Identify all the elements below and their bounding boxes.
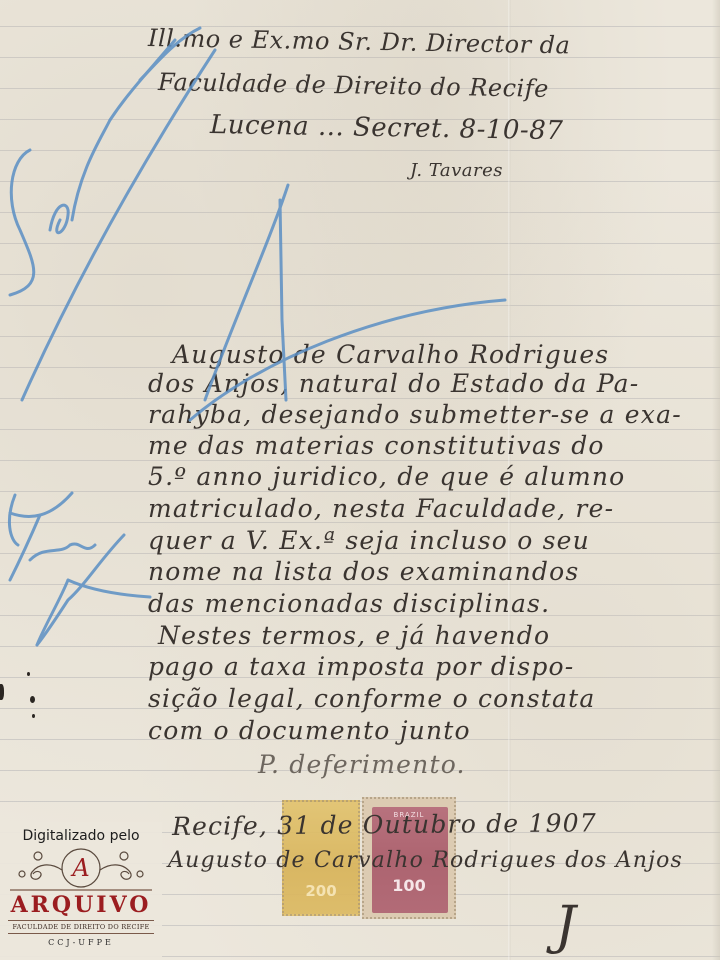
ink-spot bbox=[30, 696, 35, 703]
body-line: quer a V. Ex.ª seja incluso o seu bbox=[148, 526, 590, 555]
body-line: das mencionadas disciplinas. bbox=[148, 589, 550, 618]
ink-spot bbox=[27, 672, 30, 676]
archive-watermark: Digitalizado pelo A ARQUIVO FACULDADE DE… bbox=[0, 822, 162, 960]
body-line: sição legal, conforme o constata bbox=[148, 684, 595, 713]
body-line: rahyba, desejando submetter-se a exa- bbox=[148, 400, 682, 429]
document-page: Ill.mo e Ex.mo Sr. Dr. Director da Facul… bbox=[0, 0, 720, 960]
emblem-letter: A bbox=[70, 854, 89, 882]
binding-hole bbox=[0, 684, 4, 700]
header-line-1: Ill.mo e Ex.mo Sr. Dr. Director da bbox=[148, 24, 571, 59]
bottom-mark: J bbox=[555, 896, 576, 956]
body-line: matriculado, nesta Faculdade, re- bbox=[148, 494, 614, 523]
dispatch-signature: J. Tavares bbox=[410, 160, 503, 181]
date-line: Recife, 31 de Outubro de 1907 bbox=[172, 808, 597, 841]
body-line: me das materias constitutivas do bbox=[148, 431, 605, 460]
stamp-value: 200 bbox=[284, 882, 358, 900]
archive-emblem-icon: A bbox=[0, 844, 162, 894]
watermark-top-text: Digitalizado pelo bbox=[0, 828, 162, 844]
signature-line: Augusto de Carvalho Rodrigues dos Anjos bbox=[168, 848, 683, 873]
body-line: 5.º anno juridico, de que é alumno bbox=[148, 462, 625, 491]
body-line: dos Anjos, natural do Estado da Pa- bbox=[148, 369, 639, 398]
header-line-2: Faculdade de Direito do Recife bbox=[158, 68, 549, 103]
stamp-value: 100 bbox=[364, 876, 454, 895]
ink-spot bbox=[32, 714, 35, 718]
watermark-subtitle: FACULDADE DE DIREITO DO RECIFE bbox=[8, 920, 154, 934]
watermark-title: ARQUIVO bbox=[0, 892, 162, 918]
body-line: Nestes termos, e já havendo bbox=[158, 621, 550, 650]
body-line: Augusto de Carvalho Rodrigues bbox=[172, 340, 609, 369]
dispatch-text: Lucena ... Secret. 8-10-87 bbox=[210, 110, 564, 146]
paper-edge bbox=[712, 0, 720, 960]
body-line: com o documento junto bbox=[148, 716, 471, 745]
watermark-bottom-text: CCJ-UFPE bbox=[0, 938, 162, 947]
body-line: pago a taxa imposta por dispo- bbox=[148, 652, 574, 681]
body-line: nome na lista dos examinandos bbox=[148, 557, 579, 586]
closing-line: P. deferimento. bbox=[258, 750, 466, 779]
